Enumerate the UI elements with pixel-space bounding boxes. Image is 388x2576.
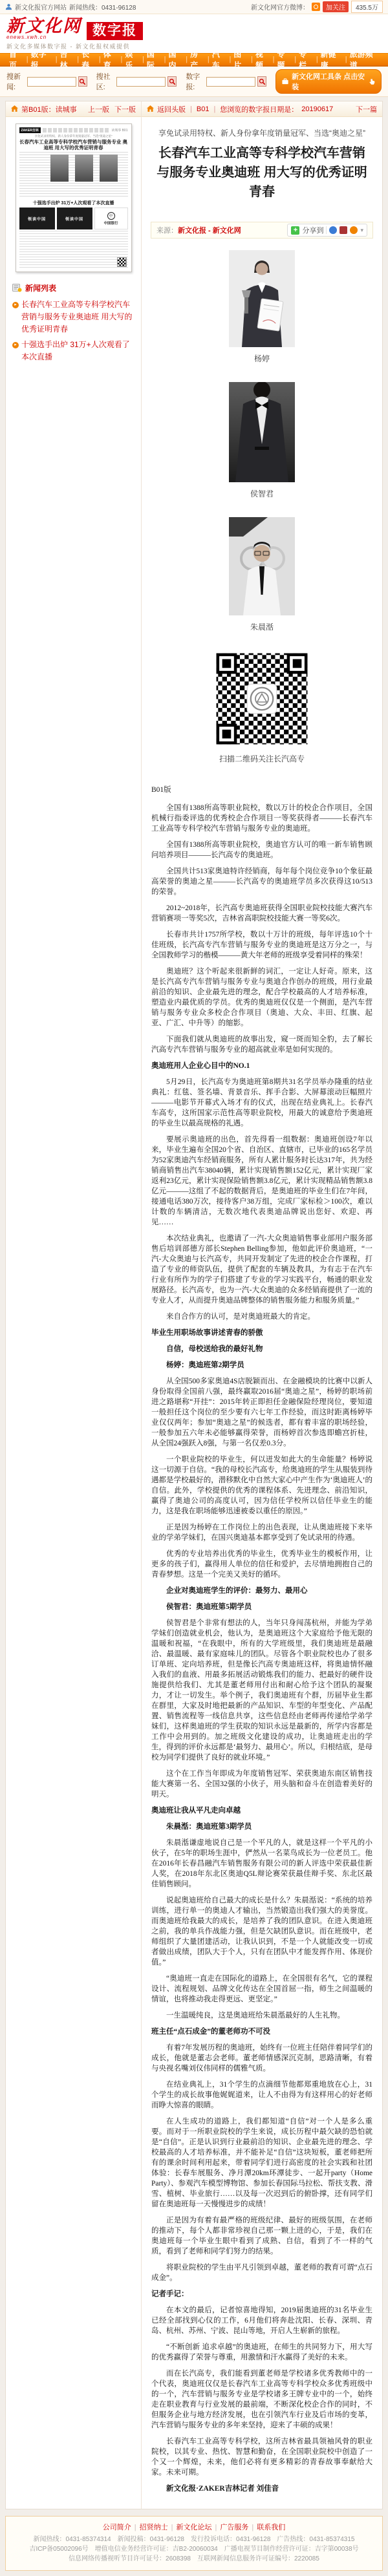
nav-item[interactable]: 首页 xyxy=(9,48,24,70)
footer-links: 公司简介|招贤纳士|新文化论坛|广告服务|联系我们 xyxy=(12,2522,376,2532)
article-paragraph: “不断创新 追求卓越”的奥迪班，在师生的共同努力下，用大写的优秀赢得了荣誉与尊重… xyxy=(151,2342,372,2363)
photo-caption: 朱晨湉 xyxy=(167,621,356,632)
article-figure: 朱晨湉 xyxy=(167,517,356,632)
section-heading: 奥迪班用人企业心目中的NO.1 xyxy=(151,1061,372,1071)
article-paragraph: 在人生成功的道路上，我们都知道“自信”对一个人是多么重要。而对于一所职业院校的学… xyxy=(151,2116,372,2209)
page-label: B01版 xyxy=(151,785,372,795)
article-paragraph: 正是因为杨婷在工作岗位上的出色表现，让从奥迪班接下来毕业的学弟学妹们，在国兴奥迪… xyxy=(151,1522,372,1543)
search-news-button[interactable] xyxy=(78,76,87,87)
nav-item[interactable]: 旅游频道 xyxy=(350,48,379,70)
next-page-link[interactable]: 下一版 xyxy=(114,104,136,114)
section-heading: 自信，母校送给我的最好礼物 xyxy=(151,1344,372,1354)
nav-item[interactable]: 国际 xyxy=(147,48,162,70)
photo-yangting xyxy=(229,250,295,347)
article-paragraph: 2012~2018年，长汽高专奥迪班获得全国职业院校技能大赛汽车营销赛项一等奖5… xyxy=(151,903,372,924)
nav-separator: | xyxy=(251,56,253,63)
news-list-icon xyxy=(12,284,22,292)
nav-separator: | xyxy=(208,56,210,63)
share-label: 分享到 xyxy=(302,225,323,235)
photo-caption: 杨婷 xyxy=(167,353,356,364)
footer-info-line: 新闻热线：0431-85374314 新闻投稿：0431-96128 发行投诉电… xyxy=(12,2535,376,2544)
footer-link[interactable]: 公司简介 xyxy=(103,2524,131,2531)
thumb-photo xyxy=(50,154,69,182)
search-bar: 搜新闻: 搜社区: 数字报: 新文化网工具条 点击安装 xyxy=(0,67,388,97)
photo-houzhijun xyxy=(229,382,295,482)
nav-item[interactable]: 体育 xyxy=(103,48,118,70)
news-list-title: 新闻列表 xyxy=(25,282,56,293)
site-label: 新文化报官方网站 xyxy=(15,2,67,12)
nav-separator: | xyxy=(77,56,79,63)
hand-cursor-icon xyxy=(369,78,375,85)
sidebar: 第B01版：读城事 上一版 下一版 ZAKER吉林 读城事 B01 享免试录用特… xyxy=(6,101,142,2509)
prev-page-link[interactable]: 上一版 xyxy=(88,104,109,114)
sidebar-header: 第B01版：读城事 上一版 下一版 xyxy=(6,101,141,117)
qq-icon[interactable] xyxy=(329,226,337,234)
news-list-items: ▸长春汽车工业高等专科学校汽车营销与服务专业奥迪班 用大写的优秀证明青春▸十强选… xyxy=(12,299,135,363)
nav-item[interactable]: 视频 xyxy=(255,48,270,70)
article-paragraph: 全国有1388所高等职业院校，奥迪官方认可的唯一新车销售顾问培养项目———长汽高… xyxy=(151,840,372,860)
nav-separator: | xyxy=(99,56,101,63)
source-label: 来源： xyxy=(156,225,178,235)
section-heading: 朱晨湉：奥迪班第3期学员 xyxy=(151,1822,372,1832)
nav-separator: | xyxy=(273,56,275,63)
nav-separator: | xyxy=(56,56,58,63)
masthead-strip xyxy=(43,128,109,133)
article-column: 返回头版 | B01 | 您浏览的数字报日期是： 20190617 下一篇 享免… xyxy=(142,101,382,2509)
thumb-headline: 长春汽车工业高等专科学校汽车营销与服务专业 奥迪班 用大写的优秀证明青春 xyxy=(19,139,128,151)
search-icon xyxy=(259,78,266,85)
newspaper-page-thumbnail[interactable]: ZAKER吉林 读城事 B01 享免试录用特权、新人身份拿年度销量冠军、当选“奥… xyxy=(16,123,132,272)
page-footer: 公司简介|招贤纳士|新文化论坛|广告服务|联系我们 新闻热线：0431-8537… xyxy=(5,2516,383,2571)
news-list: 新闻列表 ▸长春汽车工业高等专科学校汽车营销与服务专业奥迪班 用大写的优秀证明青… xyxy=(6,276,141,376)
nav-separator: | xyxy=(120,56,122,63)
news-list-item: ▸十强选手出炉 31万+人次观看了本次直播 xyxy=(12,339,135,363)
source-value: 新文化报 - 新文化网 xyxy=(178,225,241,235)
date-value: 20190617 xyxy=(301,105,333,113)
nav-separator: | xyxy=(316,56,318,63)
footer-separator: | xyxy=(215,2524,217,2531)
search-news-label: 搜新闻: xyxy=(6,71,25,92)
article-paragraph: 一生温暖纯良，这是奥迪班给朱晨湉最好的人生礼物。 xyxy=(151,2010,372,2021)
article-paragraph: 要展示奥迪班的出色，首先得看一组数据：奥迪班创设7年以来，毕业生遍布全国20个省… xyxy=(151,1134,372,1228)
qr-figure: 扫描二维码关注长汽高专 xyxy=(167,650,356,764)
article-paragraph: 来自合作方的认可，是对奥迪班最大的肯定。 xyxy=(151,1312,372,1322)
nav-separator: | xyxy=(27,56,28,63)
article-paragraph: 将职业院校的学生由平凡引领到卓越，董老师的教育可谓“点石成金”。 xyxy=(151,2262,372,2283)
search-community-input[interactable] xyxy=(116,77,166,87)
main-nav: 首页|数字报|吉林|长春|体育|娱乐|国际|国内|房产|汽车|图片|视频|专题|… xyxy=(0,53,388,67)
article-body: B01版全国有1388所高等职业院校，数以万计的校企合作项目，全国机械行指委评选… xyxy=(142,772,382,2509)
news-list-item: ▸长春汽车工业高等专科学校汽车营销与服务专业奥迪班 用大写的优秀证明青春 xyxy=(12,299,135,335)
qr-caption: 扫描二维码关注长汽高专 xyxy=(167,753,356,764)
share-widget[interactable]: + 分享到 ▾ xyxy=(287,224,367,237)
section-title: 第B01版：读城事 xyxy=(21,104,77,114)
renren-icon[interactable] xyxy=(339,226,347,234)
article-paragraph: 优秀的专业培养出优秀的毕业生，优秀毕业生的模板作用，让更多的孩子们，赢得用人单位… xyxy=(151,1549,372,1580)
news-hotline: 新闻热线：0431-96128 xyxy=(69,2,136,12)
search-digital-button[interactable] xyxy=(257,76,266,87)
section-heading: 杨婷：奥迪班第2期学员 xyxy=(151,1360,372,1370)
article-header: 返回头版 | B01 | 您浏览的数字报日期是： 20190617 下一篇 xyxy=(142,101,382,117)
thumb-banner: 领读中国 xyxy=(19,208,55,229)
page: 新文化报官方网站 新闻热线：0431-96128 新文化网官方微博： 加关注 4… xyxy=(0,0,388,2571)
thumb-photo xyxy=(100,154,118,182)
nav-item[interactable]: 图片 xyxy=(233,48,248,70)
nav-item[interactable]: 娱乐 xyxy=(125,48,140,70)
photo-caption: 侯智君 xyxy=(167,488,356,499)
baidu-icon[interactable] xyxy=(350,226,358,234)
article-figure: 侯智君 xyxy=(167,382,356,499)
section-heading: 记者手记： xyxy=(151,2289,372,2299)
date-label: 您浏览的数字报日期是： xyxy=(220,104,298,114)
article-paragraph: 朱晨湉谦虚地说自己是一个平凡的人，就是这样一个平凡的小伙子，在5年的职场生涯中，… xyxy=(151,1838,372,1889)
zaker-logo: ZAKER吉林 xyxy=(19,127,41,133)
follower-count: 435.5万 xyxy=(351,1,383,13)
arrow-bullet-icon: ▸ xyxy=(12,342,19,348)
weibo-icon[interactable] xyxy=(312,3,320,11)
nav-item[interactable]: 吉林 xyxy=(60,48,75,70)
article-paragraph: 长春汽车工业高等专科学校，这所吉林省最具领袖风骨的职业院校，以其专业、热忱、智慧… xyxy=(151,2436,372,2478)
section-heading: 企业对奥迪班学生的评价：最努力、最用心 xyxy=(151,1586,372,1596)
thumb-photo xyxy=(75,154,93,182)
section-heading: 班主任“点石成金”的董老师功不可没 xyxy=(151,2027,372,2037)
nav-item[interactable]: 专题 xyxy=(277,48,292,70)
thumb-text-columns xyxy=(19,152,128,198)
article-paragraph: 说起奥迪班给自己最大的成长是什么？朱晨湉说：“系统的培养训练，进行单一的奥迪人才… xyxy=(151,1895,372,1968)
toolbar-install-button[interactable]: 新文化网工具条 点击安装 xyxy=(275,69,382,94)
thumb-kicker: 享免试录用特权、新人身份拿年度销量冠军、当选“奥迪之星” xyxy=(19,134,128,138)
footer-link[interactable]: 广告服务 xyxy=(220,2524,248,2531)
article-paragraph: “奥迪班一直走在国际化的道路上，在全国很有名气，它的课程设计、流程规划、品牌文化… xyxy=(151,1974,372,2005)
weibo-label: 新文化网官方微博： xyxy=(251,2,309,12)
article-paragraph: 下面我们就从奥迪班的故事出发，窥一斑而知全豹，去了解长汽高专汽车营销与服务专业的… xyxy=(151,1034,372,1055)
follow-button[interactable]: 加关注 xyxy=(323,1,349,12)
section-heading: 毕业生用职场故事讲述青春的骄傲 xyxy=(151,1328,372,1338)
next-article-link[interactable]: 下一篇 xyxy=(356,104,377,114)
article-paragraph: 本次结业典礼，也邀请了一汽-大众奥迪销售事业部用户服务部售后培训部德方部长Ste… xyxy=(151,1233,372,1306)
nav-item[interactable]: 专栏 xyxy=(299,48,314,70)
section-heading: 新文化报·ZAKER吉林记者 刘佳音 xyxy=(151,2484,372,2494)
article-paragraph: 在结业典礼上，31个学生的点滴细节他都郑重地放在心上，31个学生的成长故事他娓娓… xyxy=(151,2080,372,2111)
main-content: 第B01版：读城事 上一版 下一版 ZAKER吉林 读城事 B01 享免试录用特… xyxy=(5,101,383,2509)
footer-info: 新闻热线：0431-85374314 新闻投稿：0431-96128 发行投诉电… xyxy=(12,2535,376,2564)
footer-separator: | xyxy=(135,2524,136,2531)
nav-separator: | xyxy=(186,56,188,63)
article-paragraph: 奥迪班？这个听起来很新鲜的词汇，一定让人好奇。原来，这是长汽高专汽车营销与服务专… xyxy=(151,966,372,1028)
article-kicker: 享免试录用特权、新人身份拿年度销量冠军、当选“奥迪之星” xyxy=(155,127,369,138)
search-icon xyxy=(79,78,86,85)
search-digital-label: 数字报: xyxy=(186,71,204,92)
thumb-qr-code xyxy=(117,257,127,267)
article-paragraph: 侯智君是个非常有想法的人，当年只身闯荡杭州，并能为学弟学妹们创造就业机会，他认为… xyxy=(151,1618,372,1763)
article-paragraph: 在本文的最后，记者惊喜地得知，2019届奥迪班的31名毕业生已经全部找到心仪的工… xyxy=(151,2305,372,2336)
article-paragraph: 有着7年发展历程的奥迪班，始终有一位班主任陪伴着同学们的成长，他就是董志会老师。… xyxy=(151,2043,372,2074)
news-link[interactable]: 长春汽车工业高等专科学校汽车营销与服务专业奥迪班 用大写的优秀证明青春 xyxy=(21,300,132,334)
bank-of-china-ad: 中 中国银行 xyxy=(94,208,128,229)
nav-item[interactable]: 汽车 xyxy=(212,48,227,70)
brand-logo[interactable]: 新文化网 xyxy=(6,17,81,34)
section-heading: 奥迪班让我从平凡走向卓越 xyxy=(151,1805,372,1816)
home-icon xyxy=(11,105,18,112)
search-community-label: 搜社区: xyxy=(96,71,115,92)
footer-info-line: 吉ICP备05002096号 增值电信业务经营许可证：吉B2-20060034 … xyxy=(12,2544,376,2554)
nav-separator: | xyxy=(142,56,144,63)
nav-separator: | xyxy=(345,56,347,63)
article-paragraph: 全国共计513家奥迪特许经销商，每年每个岗位竞争10个象征最高荣誉的奥迪之星——… xyxy=(151,866,372,897)
search-digital-input[interactable] xyxy=(206,77,255,87)
more-share-icon[interactable]: ▾ xyxy=(360,227,363,234)
article-paragraph: 正是因为有着有最严格的班级纪律、最好的班级氛围，在老师的推动下，每个人都非常珍视… xyxy=(151,2215,372,2257)
article-paragraph: 长春市共计1757所学校，数以十万计的班级，每年评选10个十佳班级，长汽高专汽车… xyxy=(151,930,372,961)
article-paragraph: 一个职业院校的毕业生，何以迸发如此大的生命能量？杨婷说这一切源于自信。“我的母校… xyxy=(151,1454,372,1517)
thumb-banner-2: 领读中国 xyxy=(57,208,92,229)
briefcase-icon xyxy=(282,78,288,85)
thumb-text-columns-2 xyxy=(19,231,128,268)
section-heading: 侯智君：奥迪班第5期学员 xyxy=(151,1602,372,1612)
article-paragraph: 全国有1388所高等职业院校，数以万计的校企合作项目，全国机械行指委评选的优秀校… xyxy=(151,803,372,834)
qr-code xyxy=(213,650,310,747)
nav-separator: | xyxy=(164,56,166,63)
digital-paper-logo[interactable]: 数字报 xyxy=(87,22,143,40)
search-icon xyxy=(169,78,176,85)
footer-link[interactable]: 联系我们 xyxy=(257,2524,285,2531)
article-paragraph: 从全国500多家奥迪4S店脱颖而出、在金融模块的比赛中以新人身份取得全国前八强，… xyxy=(151,1376,372,1449)
nav-item[interactable]: 国内 xyxy=(169,48,184,70)
footer-separator: | xyxy=(252,2524,253,2531)
nav-item[interactable]: 数字报 xyxy=(31,48,53,70)
article-paragraph: 5月29日，长汽高专为奥迪班第8期共31名学员举办隆重的结业典礼：红毯、签名墙、… xyxy=(151,1077,372,1129)
source-bar: 来源： 新文化报 - 新文化网 + 分享到 ▾ xyxy=(151,222,373,239)
article-paragraph: 这个在工作当年即成为年度销售冠军、荣获奥迪东南区销售技能大赛第一名、全国32强的… xyxy=(151,1769,372,1800)
photo-zhuchentian xyxy=(229,517,295,615)
arrow-bullet-icon: ▸ xyxy=(12,302,19,308)
nav-item[interactable]: 房产 xyxy=(190,48,205,70)
news-link[interactable]: 十强选手出炉 31万+人次观看了本次直播 xyxy=(21,340,130,361)
search-community-button[interactable] xyxy=(167,76,177,87)
search-news-input[interactable] xyxy=(27,77,76,87)
logo-area: 新文化网 enews.xwh.cn 数字报 新文化多媒体数字报 - 新文化报权威… xyxy=(0,14,388,53)
article-paragraph: 而在长汽高专，我们能看到董老师是学校诸多优秀教师中的一个代表，奥迪班仅仅是长春汽… xyxy=(151,2368,372,2431)
page-number: B01 xyxy=(197,105,210,113)
article-title: 长春汽车工业高等专科学校汽车营销与服务专业奥迪班 用大写的优秀证明青春 xyxy=(155,144,369,202)
share-plus-icon[interactable]: + xyxy=(291,226,299,235)
article-figure: 杨婷 xyxy=(167,250,356,364)
nav-separator: | xyxy=(229,56,231,63)
top-bar: 新文化报官方网站 新闻热线：0431-96128 新文化网官方微博： 加关注 4… xyxy=(0,0,388,14)
back-to-front-link[interactable]: 返回头版 xyxy=(157,104,186,114)
footer-link[interactable]: 招贤纳士 xyxy=(140,2524,168,2531)
footer-separator: | xyxy=(171,2524,173,2531)
thumb-headline-2: 十强选手出炉 31万+人次观看了本次直播 xyxy=(19,200,128,206)
nav-item[interactable]: 长春 xyxy=(81,48,96,70)
user-icon xyxy=(5,3,12,10)
footer-info-line: 信息网络传播视听节目许可证号：2608398 互联网新闻信息服务许可证编号：22… xyxy=(12,2554,376,2564)
footer-link[interactable]: 新文化论坛 xyxy=(177,2524,212,2531)
nav-separator: | xyxy=(294,56,296,63)
page-tag: 读城事 B01 xyxy=(111,128,127,133)
nav-item[interactable]: 新健康 xyxy=(321,48,343,70)
home-icon xyxy=(147,105,154,112)
